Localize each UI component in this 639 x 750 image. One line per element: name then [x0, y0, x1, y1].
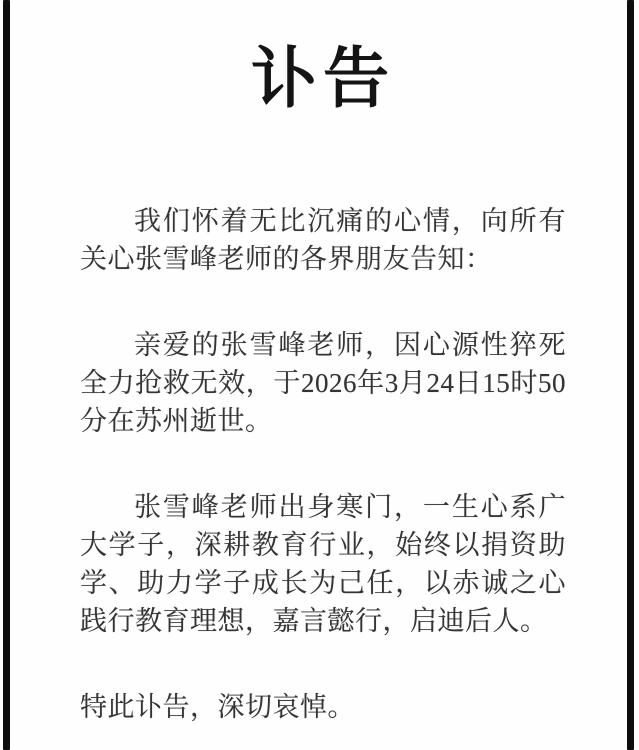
notice-title: 讣告 [80, 38, 566, 118]
notice-paragraph-opening: 我们怀着无比沉痛的心情，向所有关心张雪峰老师的各界朋友告知： [80, 202, 566, 278]
notice-paragraph-closing: 特此讣告，深切哀悼。 [80, 688, 566, 726]
obituary-page: { "notice": { "title": "讣告", "paragraphs… [0, 0, 639, 750]
notice-paragraph-biography: 张雪峰老师出身寒门，一生心系广大学子，深耕教育行业，始终以捐资助学、助力学子成长… [80, 488, 566, 640]
right-border-bar [627, 0, 634, 750]
notice-paragraph-death-announcement: 亲爱的张雪峰老师，因心源性猝死全力抢救无效，于2026年3月24日15时50分在… [80, 326, 566, 440]
left-border-bar [3, 0, 10, 750]
notice-body: 我们怀着无比沉痛的心情，向所有关心张雪峰老师的各界朋友告知： 亲爱的张雪峰老师，… [80, 202, 566, 726]
obituary-notice: 讣告 我们怀着无比沉痛的心情，向所有关心张雪峰老师的各界朋友告知： 亲爱的张雪峰… [80, 0, 566, 726]
